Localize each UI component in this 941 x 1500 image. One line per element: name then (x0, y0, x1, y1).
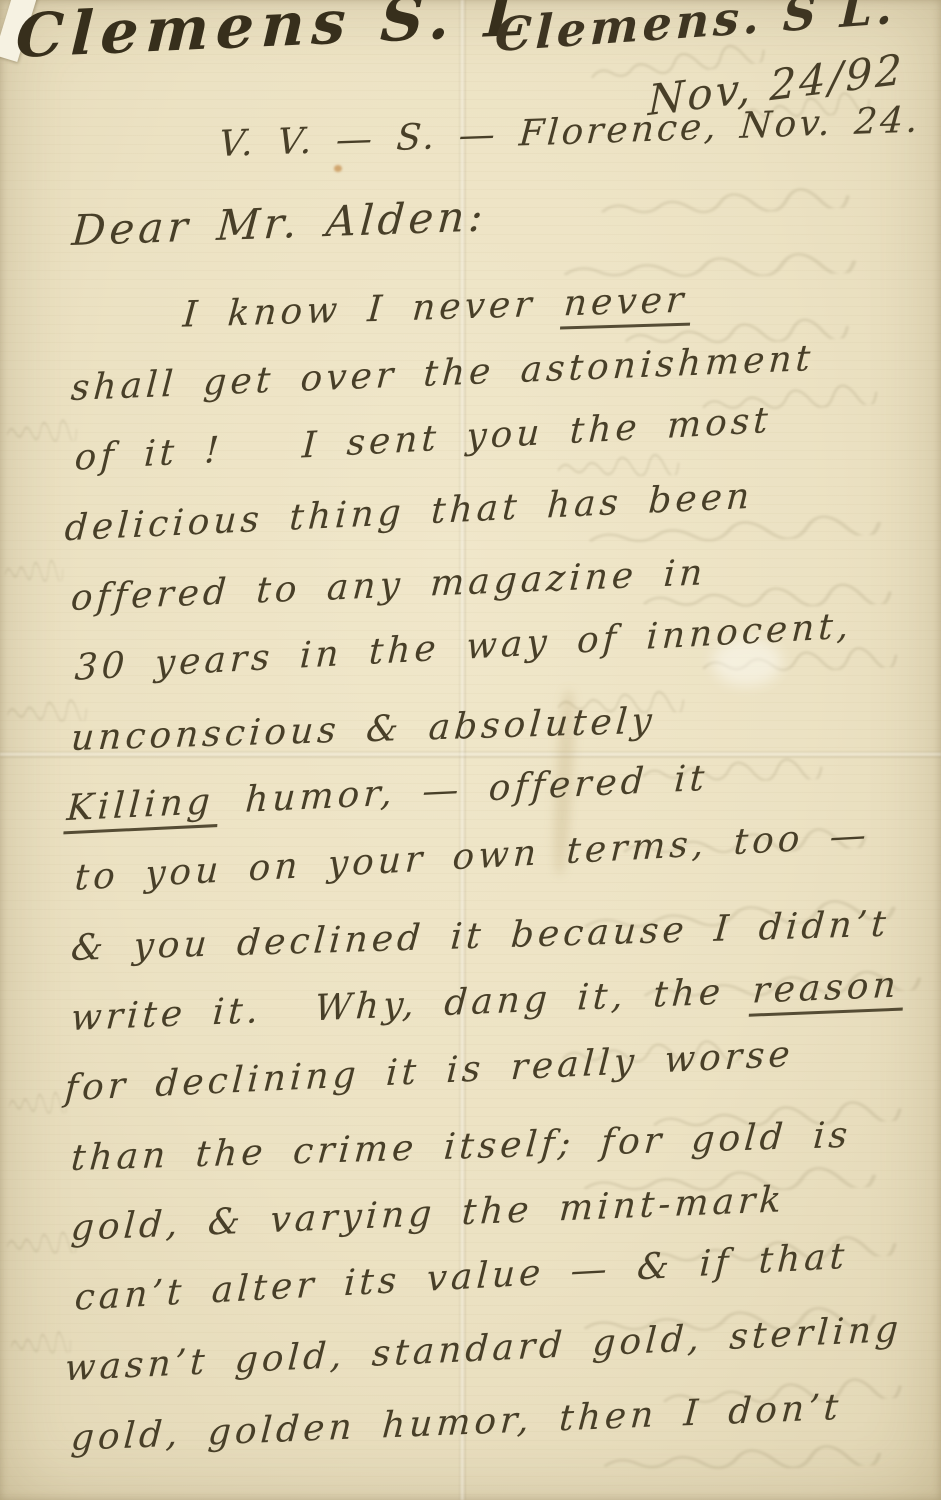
bleed-through-stroke (4, 559, 65, 583)
letter-page: Clemens S. L Clemens. S L. Nov, 24/92 V.… (0, 0, 941, 1500)
ghost-squiggle (598, 185, 854, 220)
ghost-squiggle (6, 1231, 79, 1255)
owner-inscription-left: Clemens S. L (14, 0, 534, 72)
bleed-through-stroke (8, 1091, 69, 1115)
ghost-squiggle (4, 559, 65, 583)
salutation: Dear Mr. Alden: (70, 191, 488, 255)
rust-spot (334, 165, 342, 172)
text-segment: I know I never (181, 283, 563, 335)
underlined-word: Killing (63, 781, 220, 834)
underlined-word: reason (749, 964, 906, 1016)
bleed-through-stroke (9, 1330, 72, 1355)
underlined-word: never (560, 279, 694, 329)
ghost-squiggle (8, 1091, 69, 1115)
place-date-line: V. V. — S. — Florence, Nov. 24. (218, 99, 922, 165)
bleed-through-stroke (6, 1231, 79, 1255)
bleed-through-stroke (598, 185, 854, 220)
letter-body: I know I never nevershall get over the a… (70, 298, 921, 1488)
ghost-squiggle (9, 1330, 72, 1355)
